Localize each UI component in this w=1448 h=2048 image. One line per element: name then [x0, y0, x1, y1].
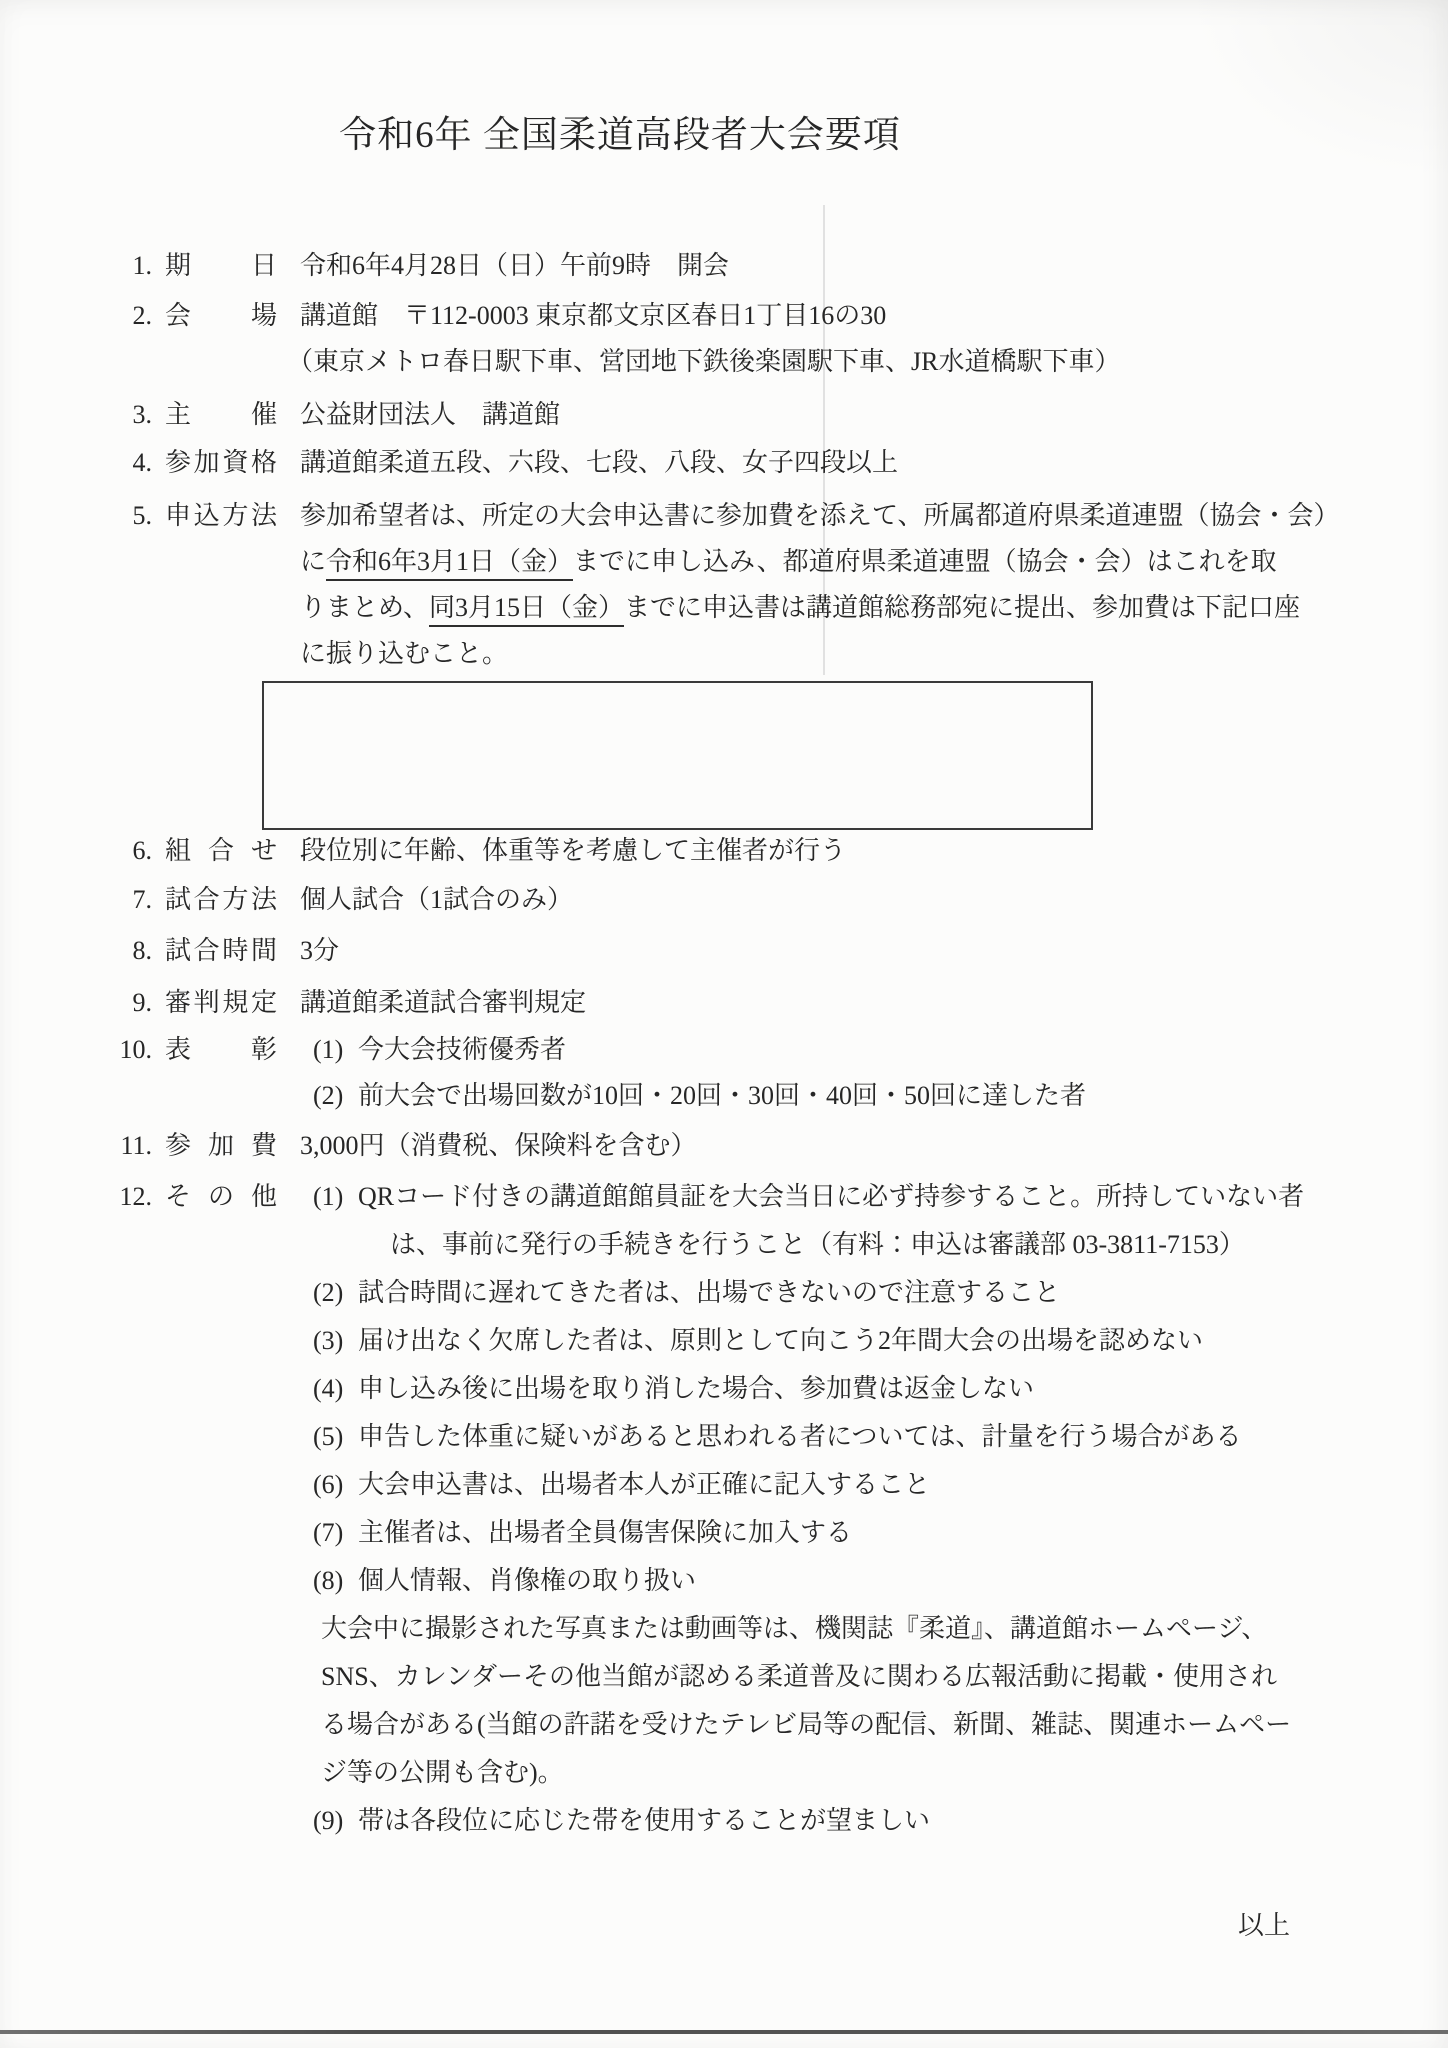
- page-title: 令和6年 全国柔道高段者大会要項: [0, 104, 1240, 158]
- deadline-underline-1: 令和6年3月1日（金）: [326, 547, 573, 581]
- item-number: 1.: [0, 243, 152, 289]
- sub-item-text: QRコード付きの講道館館員証を大会当日に必ず持参すること。所持していない者 は、…: [358, 1173, 1304, 1269]
- venue-access-note: （東京メトロ春日駅下車、営団地下鉄後楽園駅下車、JR水道橋駅下車）: [300, 339, 1120, 385]
- sub-item-marker: (2): [313, 1269, 358, 1317]
- item-label: 参加資格: [165, 440, 277, 486]
- misc-8-para-line-4: ジ等の公開も含む)。: [321, 1749, 1304, 1797]
- bank-account-box: [262, 681, 1093, 830]
- text-run: までに申し込み、都道府県柔道連盟（協会・会）はこれを取: [573, 547, 1277, 576]
- misc-sub-item-8: (8) 個人情報、肖像権の取り扱い: [313, 1557, 1304, 1605]
- sub-item-marker: (1): [313, 1027, 358, 1073]
- misc-sub-item-3: (3) 届け出なく欠席した者は、原則として向こう2年間大会の出場を認めない: [313, 1317, 1304, 1365]
- item-content: 3分: [300, 928, 339, 974]
- item-label: 組 合 せ: [165, 828, 277, 874]
- sub-item-marker: (5): [313, 1413, 358, 1461]
- misc-1-line-1: QRコード付きの講道館館員証を大会当日に必ず持参すること。所持していない者: [358, 1173, 1304, 1221]
- misc-sub-item-7: (7) 主催者は、出場者全員傷害保険に加入する: [313, 1509, 1304, 1557]
- item-match-format: 7. 試合方法 個人試合（1試合のみ）: [0, 877, 573, 923]
- item-content: 講道館 〒112-0003 東京都文京区春日1丁目16の30 （東京メトロ春日駅…: [300, 293, 1120, 385]
- item-number: 12.: [0, 1173, 152, 1221]
- sub-item-marker: (9): [313, 1797, 358, 1845]
- item-content: 講道館柔道五段、六段、七段、八段、女子四段以上: [300, 440, 898, 486]
- item-label: 審判規定: [165, 980, 277, 1026]
- sub-item-marker: (6): [313, 1461, 358, 1509]
- sub-item-text: 帯は各段位に応じた帯を使用することが望ましい: [358, 1797, 930, 1845]
- misc-sub-item-6: (6) 大会申込書は、出場者本人が正確に記入すること: [313, 1461, 1304, 1509]
- item-number: 10.: [0, 1027, 152, 1073]
- item-venue: 2. 会 場 講道館 〒112-0003 東京都文京区春日1丁目16の30 （東…: [0, 293, 1120, 385]
- item-content: 講道館柔道試合審判規定: [300, 980, 586, 1026]
- misc-8-para-line-1: 大会中に撮影された写真または動画等は、機関誌『柔道』、講道館ホームページ、: [321, 1605, 1304, 1653]
- item-awards: 10. 表 彰 (1) 今大会技術優秀者 (2) 前大会で出場回数が10回・20…: [0, 1027, 1086, 1119]
- item-label: 参 加 費: [165, 1123, 277, 1169]
- item-number: 9.: [0, 980, 152, 1026]
- item-date: 1. 期 日 令和6年4月28日（日）午前9時 開会: [0, 243, 729, 289]
- item-eligibility: 4. 参加資格 講道館柔道五段、六段、七段、八段、女子四段以上: [0, 440, 898, 486]
- sub-item-text: 大会申込書は、出場者本人が正確に記入すること: [358, 1461, 930, 1509]
- sub-item-marker: (8): [313, 1557, 358, 1605]
- item-number: 11.: [0, 1123, 152, 1169]
- item-label: 期 日: [165, 243, 277, 289]
- item-organizer: 3. 主 催 公益財団法人 講道館: [0, 392, 560, 438]
- misc-sub-item-4: (4) 申し込み後に出場を取り消した場合、参加費は返金しない: [313, 1365, 1304, 1413]
- deadline-underline-2: 同3月15日（金）: [429, 593, 624, 627]
- sub-item-marker: (1): [313, 1173, 358, 1221]
- item-label: 申込方法: [165, 493, 277, 539]
- item-content: 段位別に年齢、体重等を考慮して主催者が行う: [300, 828, 846, 874]
- item-content: 令和6年4月28日（日）午前9時 開会: [300, 243, 729, 289]
- item-referee-rules: 9. 審判規定 講道館柔道試合審判規定: [0, 980, 586, 1026]
- item-number: 4.: [0, 440, 152, 486]
- item-label: 試合時間: [165, 928, 277, 974]
- document-page: 令和6年 全国柔道高段者大会要項 1. 期 日 令和6年4月28日（日）午前9時…: [0, 0, 1448, 2048]
- item-number: 3.: [0, 392, 152, 438]
- item-number: 5.: [0, 493, 152, 539]
- item-content: 個人試合（1試合のみ）: [300, 877, 573, 923]
- sub-item-marker: (2): [313, 1073, 358, 1119]
- item-label: 会 場: [165, 293, 277, 339]
- sub-item-text: 今大会技術優秀者: [358, 1027, 566, 1073]
- item-matchmaking: 6. 組 合 せ 段位別に年齢、体重等を考慮して主催者が行う: [0, 828, 846, 874]
- sub-item-text: 届け出なく欠席した者は、原則として向こう2年間大会の出場を認めない: [358, 1317, 1203, 1365]
- misc-sub-item-2: (2) 試合時間に遅れてきた者は、出場できないので注意すること: [313, 1269, 1304, 1317]
- misc-8-para-line-3: る場合がある(当館の許諾を受けたテレビ局等の配信、新聞、雑誌、関連ホームペー: [321, 1701, 1304, 1749]
- item-content: (1) QRコード付きの講道館館員証を大会当日に必ず持参すること。所持していない…: [300, 1173, 1304, 1845]
- application-line-2: に令和6年3月1日（金）までに申し込み、都道府県柔道連盟（協会・会）はこれを取: [300, 539, 1339, 585]
- sub-item-marker: (3): [313, 1317, 358, 1365]
- misc-8-paragraph: 大会中に撮影された写真または動画等は、機関誌『柔道』、講道館ホームページ、 SN…: [313, 1605, 1304, 1797]
- item-content: 3,000円（消費税、保険料を含む）: [300, 1123, 697, 1169]
- application-line-4: に振り込むこと。: [300, 631, 1339, 677]
- sub-item-text: 申し込み後に出場を取り消した場合、参加費は返金しない: [358, 1365, 1034, 1413]
- item-application: 5. 申込方法 参加希望者は、所定の大会申込書に参加費を添えて、所属都道府県柔道…: [0, 493, 1339, 677]
- item-number: 8.: [0, 928, 152, 974]
- misc-sub-item-5: (5) 申告した体重に疑いがあると思われる者については、計量を行う場合がある: [313, 1413, 1304, 1461]
- item-label: 主 催: [165, 392, 277, 438]
- sub-item-text: 前大会で出場回数が10回・20回・30回・40回・50回に達した者: [358, 1073, 1086, 1119]
- venue-address: 講道館 〒112-0003 東京都文京区春日1丁目16の30: [300, 293, 1120, 339]
- item-fee: 11. 参 加 費 3,000円（消費税、保険料を含む）: [0, 1123, 697, 1169]
- text-run: りまとめ、: [300, 593, 429, 622]
- misc-sub-item-1: (1) QRコード付きの講道館館員証を大会当日に必ず持参すること。所持していない…: [313, 1173, 1304, 1269]
- item-misc: 12. そ の 他 (1) QRコード付きの講道館館員証を大会当日に必ず持参する…: [0, 1173, 1304, 1845]
- text-run: に: [300, 547, 326, 576]
- item-label: そ の 他: [165, 1173, 277, 1221]
- sub-item-text: 試合時間に遅れてきた者は、出場できないので注意すること: [358, 1269, 1060, 1317]
- misc-sub-item-9: (9) 帯は各段位に応じた帯を使用することが望ましい: [313, 1797, 1304, 1845]
- scan-edge-line: [0, 2030, 1448, 2034]
- item-number: 7.: [0, 877, 152, 923]
- item-content: (1) 今大会技術優秀者 (2) 前大会で出場回数が10回・20回・30回・40…: [300, 1027, 1086, 1119]
- item-content: 参加希望者は、所定の大会申込書に参加費を添えて、所属都道府県柔道連盟（協会・会）…: [300, 493, 1339, 677]
- sub-item-text: 主催者は、出場者全員傷害保険に加入する: [358, 1509, 852, 1557]
- award-sub-item-1: (1) 今大会技術優秀者: [313, 1027, 1086, 1073]
- misc-8-para-line-2: SNS、カレンダーその他当館が認める柔道普及に関わる広報活動に掲載・使用され: [321, 1653, 1304, 1701]
- sub-item-marker: (4): [313, 1365, 358, 1413]
- sub-item-text: 個人情報、肖像権の取り扱い: [358, 1557, 696, 1605]
- misc-1-line-2: は、事前に発行の手続きを行うこと（有料：申込は審議部 03-3811-7153）: [358, 1221, 1304, 1269]
- item-match-duration: 8. 試合時間 3分: [0, 928, 339, 974]
- sub-item-marker: (7): [313, 1509, 358, 1557]
- award-sub-item-2: (2) 前大会で出場回数が10回・20回・30回・40回・50回に達した者: [313, 1073, 1086, 1119]
- item-label: 試合方法: [165, 877, 277, 923]
- item-content: 公益財団法人 講道館: [300, 392, 560, 438]
- application-line-1: 参加希望者は、所定の大会申込書に参加費を添えて、所属都道府県柔道連盟（協会・会）: [300, 493, 1339, 539]
- application-line-3: りまとめ、同3月15日（金）までに申込書は講道館総務部宛に提出、参加費は下記口座: [300, 585, 1339, 631]
- item-label: 表 彰: [165, 1027, 277, 1073]
- closing-mark: 以上: [1238, 1903, 1290, 1949]
- item-number: 6.: [0, 828, 152, 874]
- text-run: までに申込書は講道館総務部宛に提出、参加費は下記口座: [624, 593, 1300, 622]
- sub-item-text: 申告した体重に疑いがあると思われる者については、計量を行う場合がある: [358, 1413, 1241, 1461]
- item-number: 2.: [0, 293, 152, 339]
